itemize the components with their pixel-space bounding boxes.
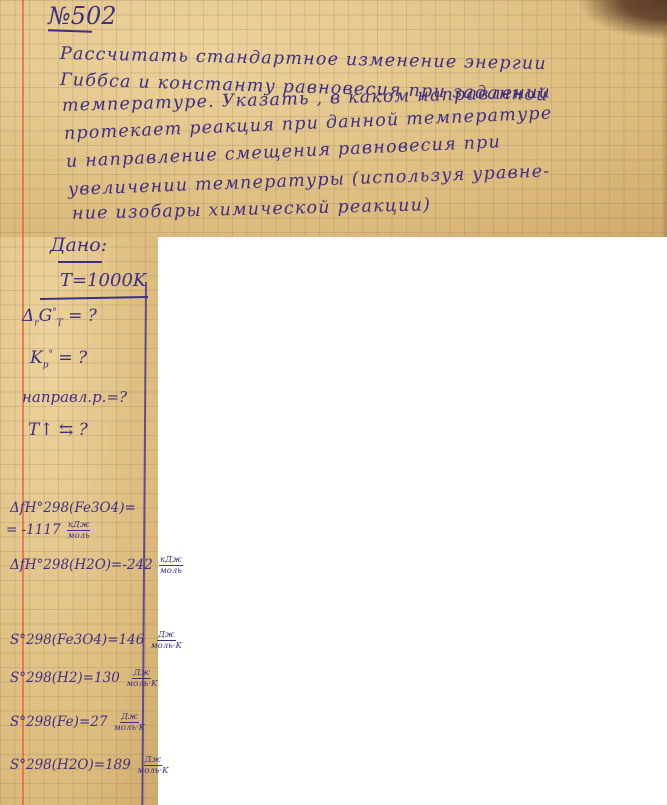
quantity-label: S°298 <box>10 714 52 730</box>
unit-numerator: Дж <box>132 668 151 679</box>
substance: Fe <box>57 714 74 730</box>
unit-numerator: Дж <box>144 755 163 766</box>
subscript-p: p <box>43 360 49 370</box>
problem-number: №502 <box>48 2 117 30</box>
unit-fraction: Дж моль·K <box>126 668 157 689</box>
quantity-label: S°298 <box>10 757 52 773</box>
substance: Fe3O4 <box>57 632 102 648</box>
degree-sign: ° <box>52 307 57 317</box>
unit-numerator: Дж <box>120 712 139 723</box>
unit-fraction: кДж моль <box>67 520 91 541</box>
value: -1117 <box>22 522 61 538</box>
value: 189 <box>105 757 131 773</box>
substance: H2O <box>57 757 88 773</box>
data-enthalpy-fe3o4-value: = -1117 кДж моль <box>6 520 90 541</box>
unit-denominator: моль·K <box>114 723 145 733</box>
find-gibbs-energy: ΔrG°T = ? <box>22 306 97 328</box>
data-enthalpy-fe3o4: ΔfH°298(Fe3O4)= <box>10 500 136 516</box>
symbol-g: G <box>39 306 53 326</box>
unit-denominator: моль <box>68 531 90 541</box>
equals-question: = ? <box>53 348 87 368</box>
substance: H2O <box>74 557 105 573</box>
value: 130 <box>94 670 120 686</box>
data-entropy-fe3o4: S°298(Fe3O4)=146 Дж моль·K <box>10 630 182 651</box>
data-entropy-fe: S°298(Fe)=27 Дж моль·K <box>10 712 145 733</box>
quantity-label: ΔfH°298 <box>10 557 69 573</box>
page-edge-fold <box>661 30 667 237</box>
quantity-label: S°298 <box>10 670 52 686</box>
unit-denominator: моль·K <box>151 641 182 651</box>
value: 146 <box>119 632 145 648</box>
find-temperature-shift: T↑ ⇆ ? <box>28 420 88 440</box>
value: -242 <box>122 557 152 573</box>
given-title: Дано: <box>50 234 107 256</box>
unit-numerator: кДж <box>67 520 91 531</box>
unit-fraction: Дж моль·K <box>114 712 145 733</box>
data-entropy-h2o: S°298(H2O)=189 Дж моль·K <box>10 755 168 776</box>
unit-numerator: кДж <box>159 555 183 566</box>
find-reaction-direction: направл.р.=? <box>22 388 127 406</box>
delta-symbol: Δ <box>22 306 34 326</box>
given-title-underline <box>58 261 102 263</box>
symbol-k: K <box>30 348 43 368</box>
substance: H2 <box>57 670 77 686</box>
unit-fraction: кДж моль <box>159 555 183 576</box>
find-equilibrium-constant: Kp° = ? <box>30 348 87 370</box>
substance: Fe3O4 <box>74 500 119 516</box>
data-enthalpy-h2o: ΔfH°298(H2O)=-242 кДж моль <box>10 555 183 576</box>
unit-fraction: Дж моль·K <box>137 755 168 776</box>
data-entropy-h2: S°298(H2)=130 Дж моль·K <box>10 668 157 689</box>
given-temperature: T=1000K <box>60 270 146 291</box>
value: 27 <box>90 714 107 730</box>
notebook-page: №502 Рассчитать стандартное изменение эн… <box>0 0 667 805</box>
unit-denominator: моль·K <box>126 679 157 689</box>
equals-question: = ? <box>63 306 97 326</box>
unit-denominator: моль <box>160 566 182 576</box>
unit-fraction: Дж моль·K <box>151 630 182 651</box>
unit-numerator: Дж <box>157 630 176 641</box>
quantity-label: S°298 <box>10 632 52 648</box>
unit-denominator: моль·K <box>137 766 168 776</box>
quantity-label: ΔfH°298 <box>10 500 69 516</box>
